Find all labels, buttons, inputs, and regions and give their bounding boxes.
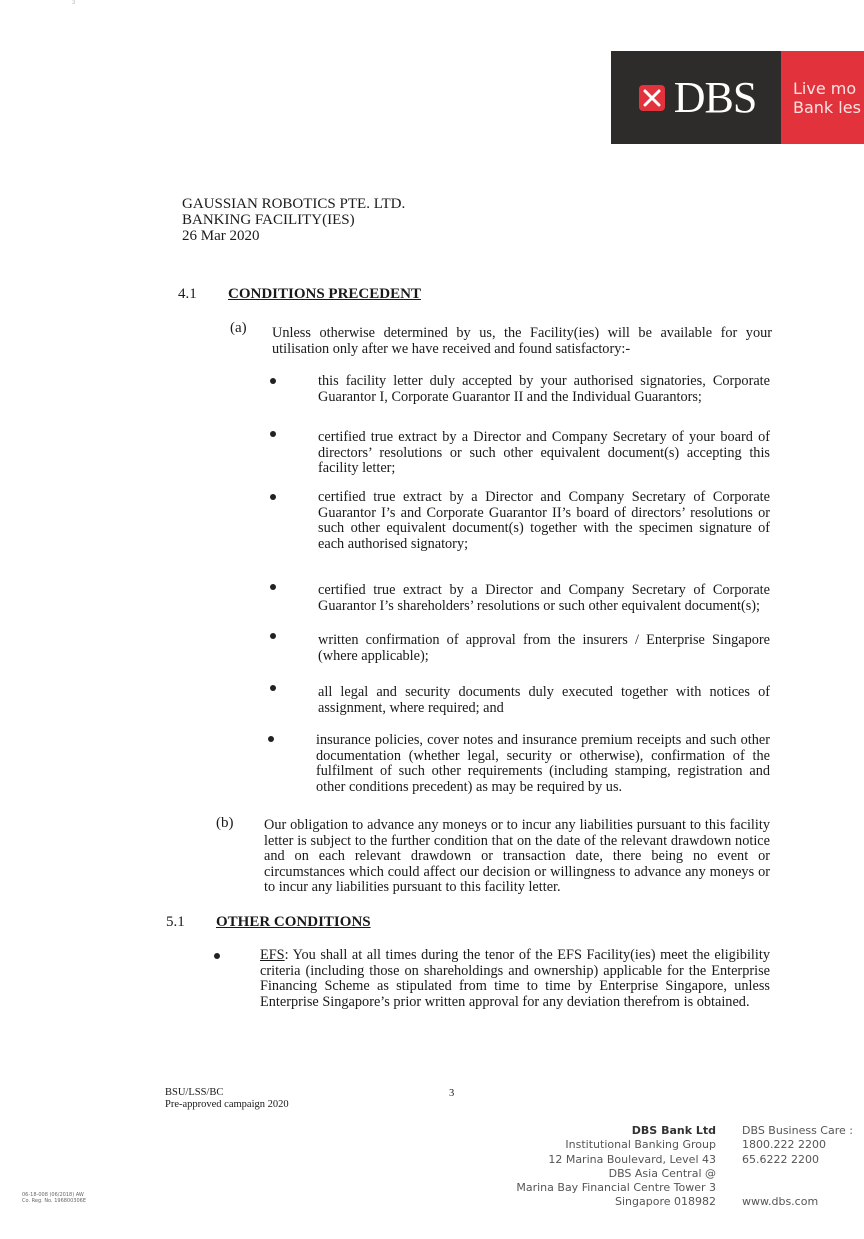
footer-registration: 06-18-008 (06/2018) AW Co. Reg. No. 1968… (22, 1192, 86, 1204)
cp-bullet-7: insurance policies, cover notes and insu… (316, 733, 770, 795)
business-care-contact: DBS Business Care : 1800.222 2200 65.622… (742, 1124, 853, 1210)
cp-bullet-5: written confirmation of approval from th… (318, 633, 770, 664)
dbs-banner: DBS Live mo Bank les (611, 51, 864, 144)
bullet-icon (270, 494, 276, 500)
cp-bullet-1: this facility letter duly accepted by yo… (318, 374, 770, 405)
dbs-star-icon (636, 82, 668, 114)
page-mark: 3 (72, 0, 75, 6)
phone-local: 1800.222 2200 (742, 1138, 853, 1152)
section-4-1-heading: 4.1 CONDITIONS PRECEDENT (178, 286, 421, 303)
section-number: 5.1 (166, 914, 216, 931)
tagline-line-2: Bank les (793, 98, 861, 117)
section-5-1-heading: 5.1 OTHER CONDITIONS (166, 914, 371, 931)
bullet-icon (270, 685, 276, 691)
bullet-icon (270, 431, 276, 437)
phone-international: 65.6222 2200 (742, 1153, 853, 1167)
dbs-logo-text: DBS (674, 76, 757, 120)
cp-bullet-4: certified true extract by a Director and… (318, 583, 770, 614)
page-number: 3 (449, 1088, 454, 1099)
section-title: CONDITIONS PRECEDENT (228, 286, 421, 303)
bullet-icon (270, 584, 276, 590)
company-reg-no: Co. Reg. No. 196800306E (22, 1198, 86, 1204)
document-header: GAUSSIAN ROBOTICS PTE. LTD. BANKING FACI… (182, 196, 405, 244)
banner-tagline-panel: Live mo Bank les (781, 51, 864, 144)
efs-label: EFS (260, 947, 285, 963)
tagline-line-1: Live mo (793, 79, 861, 98)
bank-name: DBS Bank Ltd (516, 1124, 716, 1138)
section-number: 4.1 (178, 286, 228, 303)
address-line: Marina Bay Financial Centre Tower 3 (516, 1181, 716, 1195)
clause-a-text: Unless otherwise determined by us, the F… (272, 326, 772, 357)
section-title: OTHER CONDITIONS (216, 914, 371, 931)
clause-b-text: Our obligation to advance any moneys or … (264, 818, 770, 896)
footer-campaign: Pre-approved campaign 2020 (165, 1099, 289, 1111)
document-date: 26 Mar 2020 (182, 228, 405, 244)
business-care-label: DBS Business Care : (742, 1124, 853, 1138)
cp-bullet-6: all legal and security documents duly ex… (318, 685, 770, 716)
banner-tagline: Live mo Bank les (793, 79, 861, 117)
clause-b-marker: (b) (216, 815, 234, 832)
address-line: 12 Marina Boulevard, Level 43 (516, 1153, 716, 1167)
banner-logo-panel: DBS (611, 51, 781, 144)
cp-bullet-3: certified true extract by a Director and… (318, 490, 770, 552)
efs-text: : You shall at all times during the teno… (260, 947, 770, 1010)
bullet-icon (270, 378, 276, 384)
bullet-icon (270, 633, 276, 639)
address-line: DBS Asia Central @ (516, 1167, 716, 1181)
footer-ref-code: BSU/LSS/BC (165, 1087, 289, 1099)
address-line: Singapore 018982 (516, 1195, 716, 1209)
bullet-icon (268, 736, 274, 742)
document-subject: BANKING FACILITY(IES) (182, 212, 405, 228)
bullet-icon (214, 953, 220, 959)
company-name: GAUSSIAN ROBOTICS PTE. LTD. (182, 196, 405, 212)
efs-condition: EFS: You shall at all times during the t… (260, 948, 770, 1010)
clause-a-marker: (a) (230, 320, 247, 337)
address-line: Institutional Banking Group (516, 1138, 716, 1152)
cp-bullet-2: certified true extract by a Director and… (318, 430, 770, 477)
footer-reference: BSU/LSS/BC Pre-approved campaign 2020 (165, 1087, 289, 1111)
bank-address: DBS Bank Ltd Institutional Banking Group… (516, 1124, 716, 1210)
website-link[interactable]: www.dbs.com (742, 1195, 853, 1209)
